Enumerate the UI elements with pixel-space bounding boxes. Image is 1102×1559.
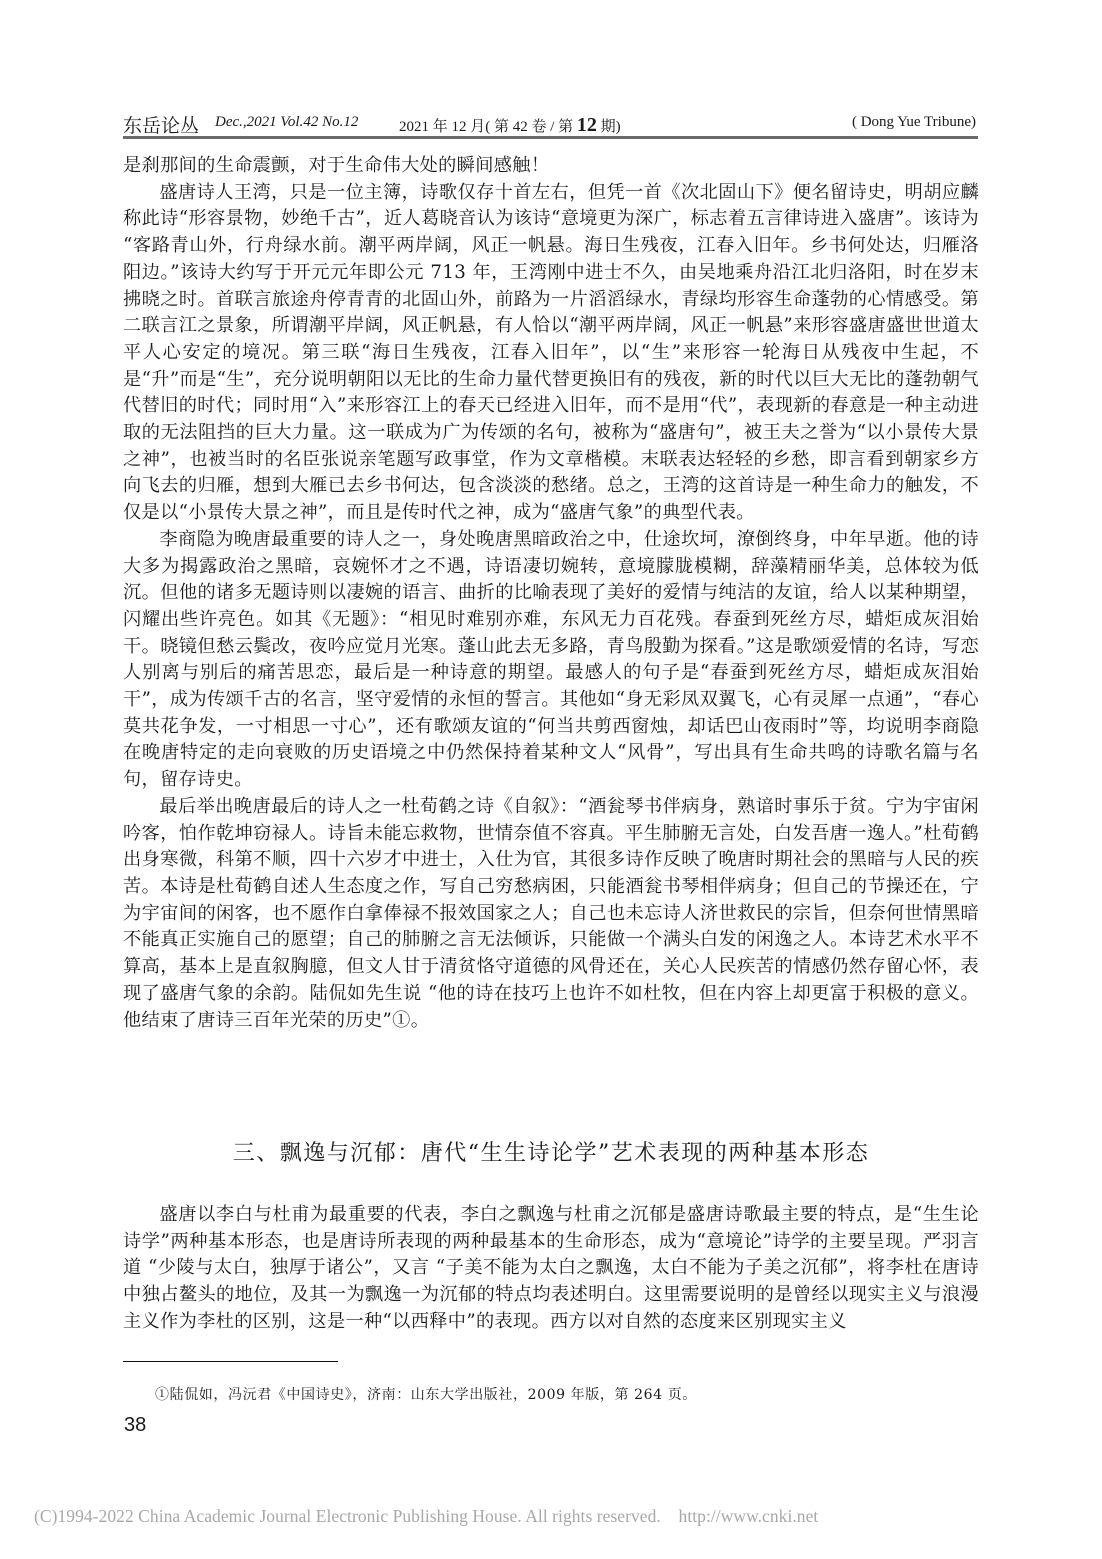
paragraph-du-xunhe: 最后举出晚唐最后的诗人之一杜荀鹤之诗《自叙》：“酒瓮琴书伴病身，熟谙时事乐于贫。… <box>123 794 979 1034</box>
footnote: ①陆侃如，冯沅君《中国诗史》，济南：山东大学出版社，2009 年版，第 264 … <box>155 1384 697 1404</box>
journal-title-en: ( Dong Yue Tribune) <box>852 114 976 131</box>
footnote-divider <box>123 1361 338 1362</box>
copyright-notice: (C)1994-2022 China Academic Journal Elec… <box>34 1506 818 1527</box>
paragraph-li-shangyin: 李商隐为晚唐最重要的诗人之一，身处晚唐黑暗政治之中，仕途坎坷，潦倒终身，中年早逝… <box>123 527 979 794</box>
issue-info-en: Dec.,2021 Vol.42 No.12 <box>215 114 358 131</box>
paragraph-li-bai-du-fu: 盛唐以李白与杜甫为最重要的代表，李白之飘逸与杜甫之沉郁是盛唐诗歌最主要的特点，是… <box>123 1202 979 1336</box>
issue-cn-suffix: 期) <box>597 119 621 135</box>
issue-info-cn: 2021 年 12 月( 第 42 卷 / 第 12 期) <box>399 114 621 137</box>
issue-cn-number: 12 <box>577 114 597 136</box>
paragraph-wang-wan: 盛唐诗人王湾，只是一位主簿，诗歌仅存十首左右，但凭一首《次北固山下》便名留诗史，… <box>123 180 979 527</box>
running-header: 东岳论丛 Dec.,2021 Vol.42 No.12 2021 年 12 月(… <box>123 108 978 139</box>
page-number: 38 <box>124 1414 146 1437</box>
article-body: 是刹那间的生命震颤，对于生命伟大处的瞬间感触！ 盛唐诗人王湾，只是一位主簿，诗歌… <box>123 153 979 1034</box>
section-body: 盛唐以李白与杜甫为最重要的代表，李白之飘逸与杜甫之沉郁是盛唐诗歌最主要的特点，是… <box>123 1202 979 1336</box>
section-heading: 三、飘逸与沉郁：唐代“生生诗论学”艺术表现的两种基本形态 <box>123 1136 979 1167</box>
journal-title-cn: 东岳论丛 <box>123 111 199 138</box>
paragraph-continuation: 是刹那间的生命震颤，对于生命伟大处的瞬间感触！ <box>123 153 979 180</box>
issue-cn-prefix: 2021 年 12 月( 第 42 卷 / 第 <box>399 119 577 135</box>
